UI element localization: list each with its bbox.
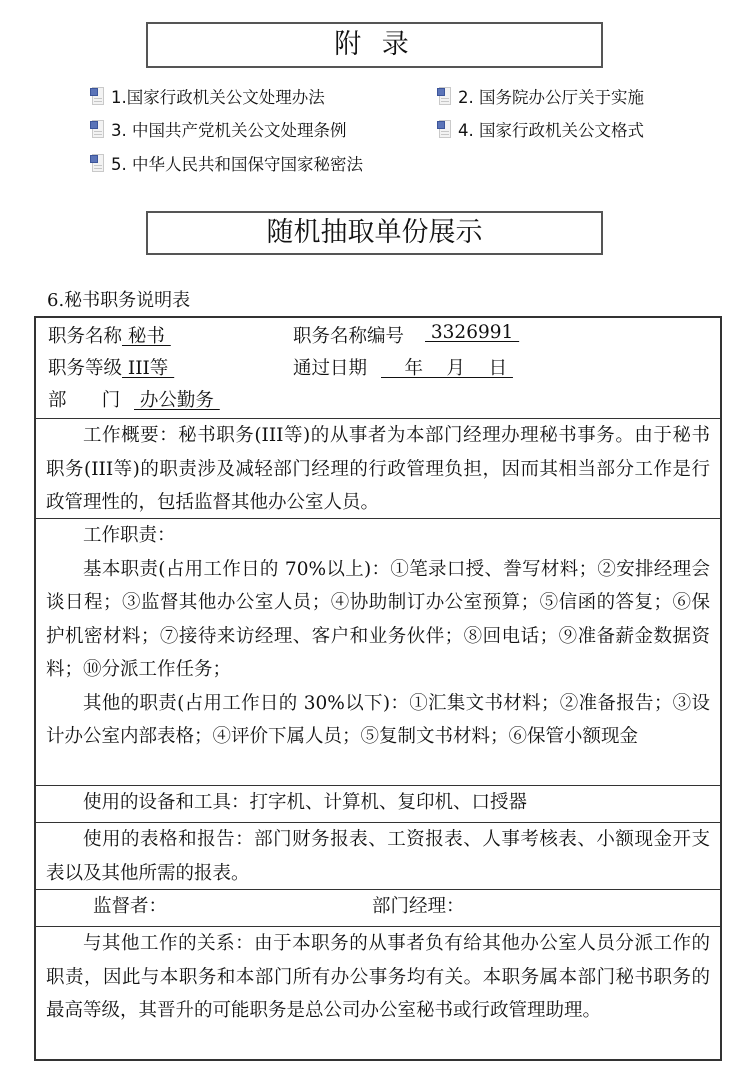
job-name-label: 职务名称 bbox=[48, 322, 122, 348]
word-doc-icon bbox=[90, 120, 105, 139]
forms-text: 使用的表格和报告：部门财务报表、工资报表、人事考核表、小额现金开支表以及其他所需… bbox=[36, 823, 720, 890]
forms-row: 使用的表格和报告：部门财务报表、工资报表、人事考核表、小额现金开支表以及其他所需… bbox=[36, 823, 720, 890]
appendix-title-box: 附 录 bbox=[146, 22, 603, 68]
word-doc-icon bbox=[437, 120, 452, 139]
basic-duties: 基本职责(占用工作日的 70%以上)：①笔录口授、誊写材料；②安排经理会谈日程；… bbox=[36, 553, 720, 687]
attachment-link-2[interactable]: 2. 国务院办公厅关于实施 bbox=[437, 85, 644, 107]
job-grade-label: 职务等级 bbox=[48, 354, 122, 380]
word-doc-icon bbox=[90, 154, 105, 173]
job-summary: 工作概要：秘书职务(III等)的从事者为本部门经理办理秘书事务。由于秘书职务(I… bbox=[36, 419, 720, 520]
attachment-label: 2. 国务院办公厅关于实施 bbox=[458, 84, 644, 108]
duties-heading: 工作职责： bbox=[36, 519, 720, 553]
sample-title-box: 随机抽取单份展示 bbox=[146, 211, 603, 255]
job-name-value: 秘书 bbox=[122, 322, 171, 348]
department-label: 部 门 bbox=[48, 386, 120, 412]
supervisor-label: 监督者： bbox=[93, 892, 167, 918]
document-title: 6.秘书职务说明表 bbox=[47, 286, 190, 312]
equipment-text: 使用的设备和工具：打字机、计算机、复印机、口授器 bbox=[36, 786, 720, 820]
job-description-table: 职务名称 秘书 职务名称编号 3326991 职务等级 III等 通过日期 年 … bbox=[34, 316, 722, 1061]
attachment-link-3[interactable]: 3. 中国共产党机关公文处理条例 bbox=[90, 118, 347, 140]
sample-title: 随机抽取单份展示 bbox=[267, 217, 483, 248]
job-grade-value: III等 bbox=[122, 354, 174, 380]
equipment-row: 使用的设备和工具：打字机、计算机、复印机、口授器 bbox=[36, 786, 720, 823]
word-doc-icon bbox=[90, 87, 105, 106]
header-row: 职务名称 秘书 职务名称编号 3326991 职务等级 III等 通过日期 年 … bbox=[36, 318, 720, 419]
relations-row: 与其他工作的关系：由于本职务的从事者负有给其他办公室人员分派工作的职责，因此与本… bbox=[36, 927, 720, 1061]
attachment-label: 5. 中华人民共和国保守国家秘密法 bbox=[111, 151, 363, 175]
supervisor-value: 部门经理： bbox=[372, 892, 465, 918]
duties-row: 工作职责： 基本职责(占用工作日的 70%以上)：①笔录口授、誊写材料；②安排经… bbox=[36, 519, 720, 786]
appendix-title: 附 录 bbox=[334, 29, 415, 60]
word-doc-icon bbox=[437, 87, 452, 106]
department-value: 办公勤务 bbox=[134, 386, 220, 412]
attachment-label: 4. 国家行政机关公文格式 bbox=[458, 117, 644, 141]
supervisor-row: 监督者： 部门经理： bbox=[36, 890, 720, 927]
job-code-value: 3326991 bbox=[425, 322, 519, 343]
attachment-link-5[interactable]: 5. 中华人民共和国保守国家秘密法 bbox=[90, 152, 363, 174]
other-duties: 其他的职责(占用工作日的 30%以下)：①汇集文书材料；②准备报告；③设计办公室… bbox=[36, 687, 720, 754]
job-code-label: 职务名称编号 bbox=[293, 322, 404, 348]
summary-row: 工作概要：秘书职务(III等)的从事者为本部门经理办理秘书事务。由于秘书职务(I… bbox=[36, 419, 720, 519]
attachment-label: 1.国家行政机关公文处理办法 bbox=[111, 84, 325, 108]
attachment-link-4[interactable]: 4. 国家行政机关公文格式 bbox=[437, 118, 644, 140]
attachment-link-1[interactable]: 1.国家行政机关公文处理办法 bbox=[90, 85, 325, 107]
approval-date-value: 年 月 日 bbox=[381, 354, 513, 380]
attachment-label: 3. 中国共产党机关公文处理条例 bbox=[111, 117, 347, 141]
approval-date-label: 通过日期 bbox=[293, 354, 367, 380]
relations-text: 与其他工作的关系：由于本职务的从事者负有给其他办公室人员分派工作的职责，因此与本… bbox=[36, 927, 720, 1028]
